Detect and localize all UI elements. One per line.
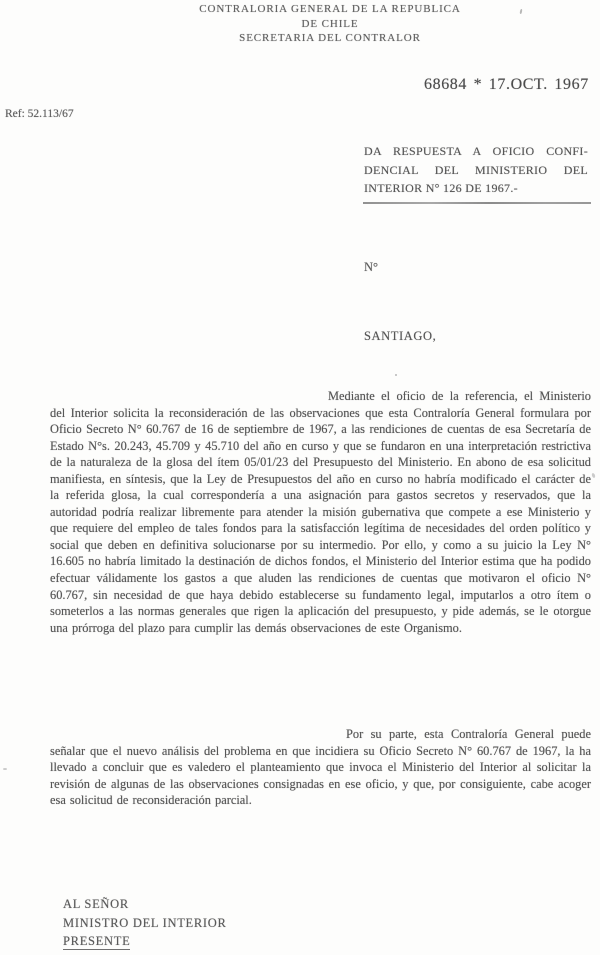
scan-speck [591,473,596,479]
body-paragraph-1: Mediante el oficio de la referencia, el … [50,388,591,636]
letterhead: CONTRALORIA GENERAL DE LA REPUBLICA DE C… [100,2,560,46]
closing-line-presente: PRESENTE [63,932,227,951]
closing-line-salutation: AL SEÑOR [63,895,227,914]
subject-line: DA RESPUESTA A OFICIO CONFI- [364,142,588,161]
scanned-letter-page: CONTRALORIA GENERAL DE LA REPUBLICA DE C… [0,0,600,955]
letterhead-line-institution: CONTRALORIA GENERAL DE LA REPUBLICA [100,2,560,17]
scan-speck [3,768,7,770]
letterhead-line-country: DE CHILE [100,17,560,32]
closing-address-block: AL SEÑOR MINISTRO DEL INTERIOR PRESENTE [63,895,227,951]
place-date-line: SANTIAGO, [364,329,436,344]
body-paragraph-2: Por su parte, esta Contraloría General p… [50,726,591,809]
closing-line-recipient: MINISTRO DEL INTERIOR [63,914,227,933]
oficio-number-label: N° [364,260,378,275]
scan-speck [395,374,397,376]
subject-line: DENCIAL DEL MINISTERIO DEL [364,161,588,180]
subject-underline-rule [363,202,591,204]
date-stamp: 68684 * 17.OCT. 1967 [424,76,589,94]
reference-number: Ref: 52.113/67 [5,108,74,120]
subject-block: DA RESPUESTA A OFICIO CONFI- DENCIAL DEL… [364,142,588,198]
subject-line: INTERIOR N° 126 DE 1967.- [364,179,588,198]
letterhead-line-office: SECRETARIA DEL CONTRALOR [100,31,560,46]
